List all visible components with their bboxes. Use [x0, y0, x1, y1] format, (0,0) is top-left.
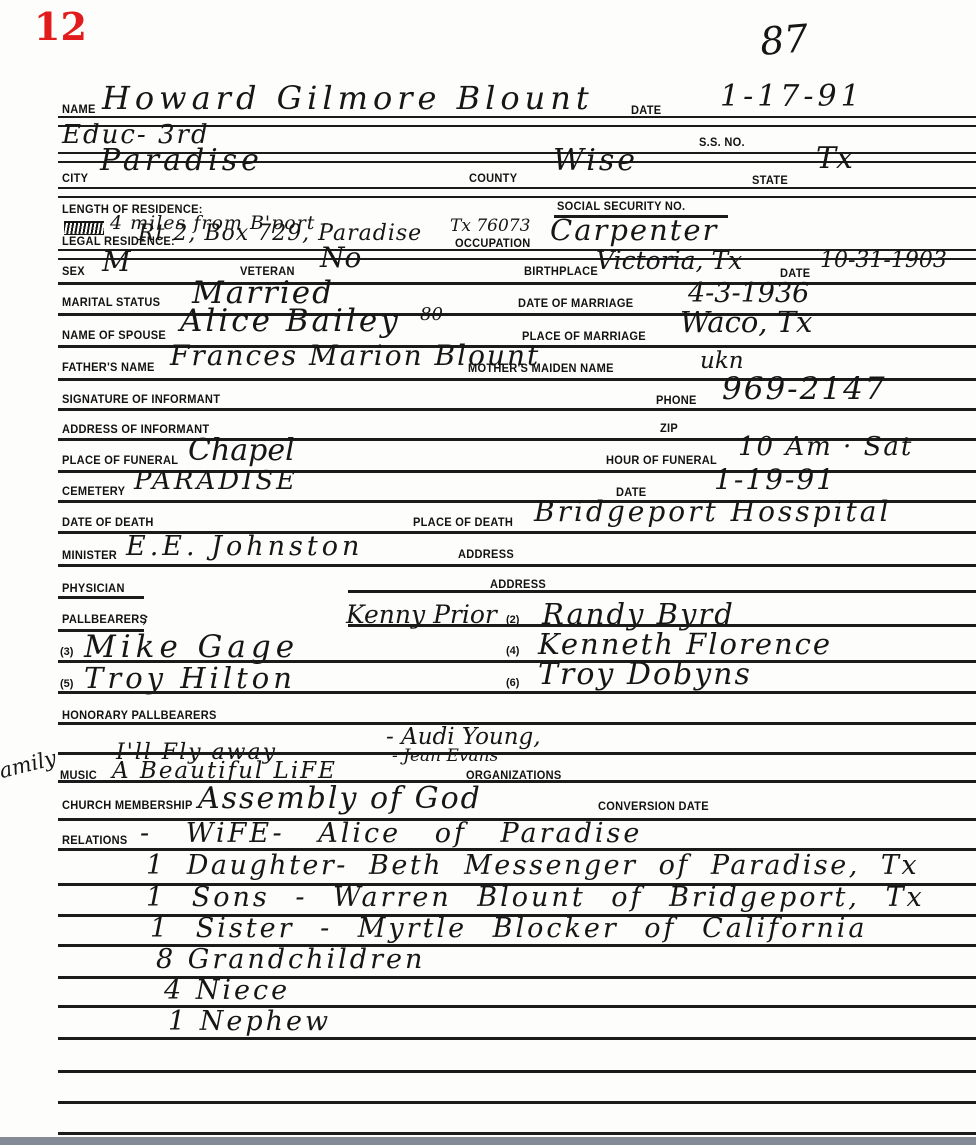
rule-line [58, 691, 976, 694]
mothers-maiden-name-label: MOTHER'S MAIDEN NAME [468, 363, 614, 375]
minister-label: MINISTER [62, 550, 117, 562]
county-value: Wise [553, 146, 638, 176]
rule-line [58, 1101, 976, 1104]
date-of-death-label: DATE OF DEATH [62, 517, 154, 529]
name-label: NAME [62, 104, 96, 116]
pallbearer-4-name: Kenneth Florence [538, 630, 832, 659]
state-value: Tx [816, 144, 853, 174]
funeral-record-card: 12 87 NAME Howard Gilmore Blount DATE 1-… [0, 0, 976, 1145]
pallbearer-5-name: Troy Hilton [84, 664, 296, 693]
signature-of-informant-label: SIGNATURE OF INFORMANT [62, 394, 220, 406]
relations-line-6: 4 Niece [164, 977, 290, 1004]
name-of-spouse-value: Alice Bailey [180, 306, 401, 337]
rule-line [58, 752, 976, 755]
spouse-age-note: 80 [420, 306, 443, 324]
rule-line [58, 1070, 976, 1073]
rule-line [58, 187, 976, 198]
relations-line-4: 1 Sister - Myrtle Blocker of California [150, 915, 867, 942]
rule-line [58, 596, 144, 599]
phone-label: PHONE [656, 395, 697, 407]
pallbearer-4-num: (4) [506, 645, 519, 657]
sex-value: M [102, 248, 131, 276]
veteran-value: No [320, 244, 361, 272]
place-of-funeral-value: Chapel [188, 436, 295, 466]
pallbearer-3-name: Mike Gage [84, 632, 299, 663]
pallbearer-6-num: (6) [506, 677, 519, 689]
hour-of-funeral-value: 10 Am · Sat [738, 434, 913, 460]
rule-line [58, 408, 976, 411]
city-label: CITY [62, 173, 88, 185]
hour-of-funeral-label: HOUR OF FUNERAL [606, 455, 717, 467]
relations-label: RELATIONS [62, 835, 128, 847]
funeral-date-value: 1-19-91 [714, 466, 836, 494]
minister-address-label: ADDRESS [458, 549, 514, 561]
name-of-spouse-label: NAME OF SPOUSE [62, 330, 166, 342]
residence-zip-note: Tx 76073 [450, 218, 530, 235]
scribbled-out-text [64, 221, 104, 235]
honorary-pallbearers-label: HONORARY PALLBEARERS [62, 710, 217, 722]
date-value: 1-17-91 [720, 82, 864, 112]
pallbearer-5-num: (5) [60, 678, 73, 690]
marital-status-label: MARITAL STATUS [62, 297, 160, 309]
cemetery-label: CEMETERY [62, 486, 125, 498]
date-of-marriage-value: 4-3-1936 [688, 280, 809, 307]
conversion-date-label: CONVERSION DATE [598, 801, 709, 813]
margin-note-family: Family [0, 748, 58, 786]
place-of-death-label: PLACE OF DEATH [413, 517, 513, 529]
place-of-death-value: Bridgeport Hosspital [534, 498, 891, 526]
rule-line [58, 1037, 976, 1040]
cemetery-value: PARADISE [134, 468, 298, 494]
name-value: Howard Gilmore Blount [102, 82, 594, 114]
phone-value: 969-2147 [722, 374, 887, 405]
scan-edge-bar [0, 1137, 976, 1145]
handwritten-sheet-number: 87 [758, 16, 810, 64]
place-of-marriage-value: Waco, Tx [680, 308, 812, 337]
pallbearers-label: PALLBEARERS [62, 614, 147, 626]
church-membership-label: CHURCH MEMBERSHIP [62, 800, 193, 812]
relations-line-1: - WiFE- Alice of Paradise [140, 820, 642, 847]
occupation-value: Carpenter [550, 216, 718, 245]
ssno-label: S.S. NO. [699, 137, 745, 149]
birth-date-value: 10-31-1903 [820, 250, 947, 272]
rule-line [58, 780, 976, 783]
rule-line [58, 1132, 976, 1135]
rule-line [58, 564, 976, 567]
date-of-marriage-label: DATE OF MARRIAGE [518, 298, 633, 310]
rule-line [348, 590, 976, 593]
relations-line-3: 1 Sons - Warren Blount of Bridgeport, Tx [146, 884, 925, 911]
fathers-name-label: FATHER'S NAME [62, 362, 155, 374]
relations-line-2: 1 Daughter- Beth Messenger of Paradise, … [146, 852, 919, 879]
minister-value: E.E. Johnston [126, 533, 363, 560]
social-security-no-label: SOCIAL SECURITY NO. [557, 201, 685, 213]
church-membership-value: Assembly of God [198, 784, 482, 814]
city-value: Paradise [100, 146, 263, 176]
county-label: COUNTY [469, 173, 517, 185]
zip-label: ZIP [660, 423, 678, 435]
relations-line-5: 8 Grandchildren [156, 946, 425, 973]
legal-residence-value: Rt 2, Box 729, Paradise [138, 223, 422, 245]
birthplace-label: BIRTHPLACE [524, 266, 598, 278]
music-singer-2: - Jean Evans [392, 748, 498, 765]
place-of-marriage-label: PLACE OF MARRIAGE [522, 331, 646, 343]
birthplace-value: Victoria, Tx [596, 248, 742, 273]
red-index-number: 12 [34, 4, 87, 49]
pallbearers-mark: ; [143, 610, 148, 626]
state-label: STATE [752, 175, 788, 187]
sex-label: SEX [62, 266, 85, 278]
mothers-maiden-name-value: ukn [700, 350, 744, 373]
physician-label: PHYSICIAN [62, 583, 125, 595]
pallbearer-3-num: (3) [60, 646, 73, 658]
pallbearer-6-name: Troy Dobyns [538, 660, 752, 690]
relations-line-7: 1 Nephew [168, 1008, 331, 1035]
